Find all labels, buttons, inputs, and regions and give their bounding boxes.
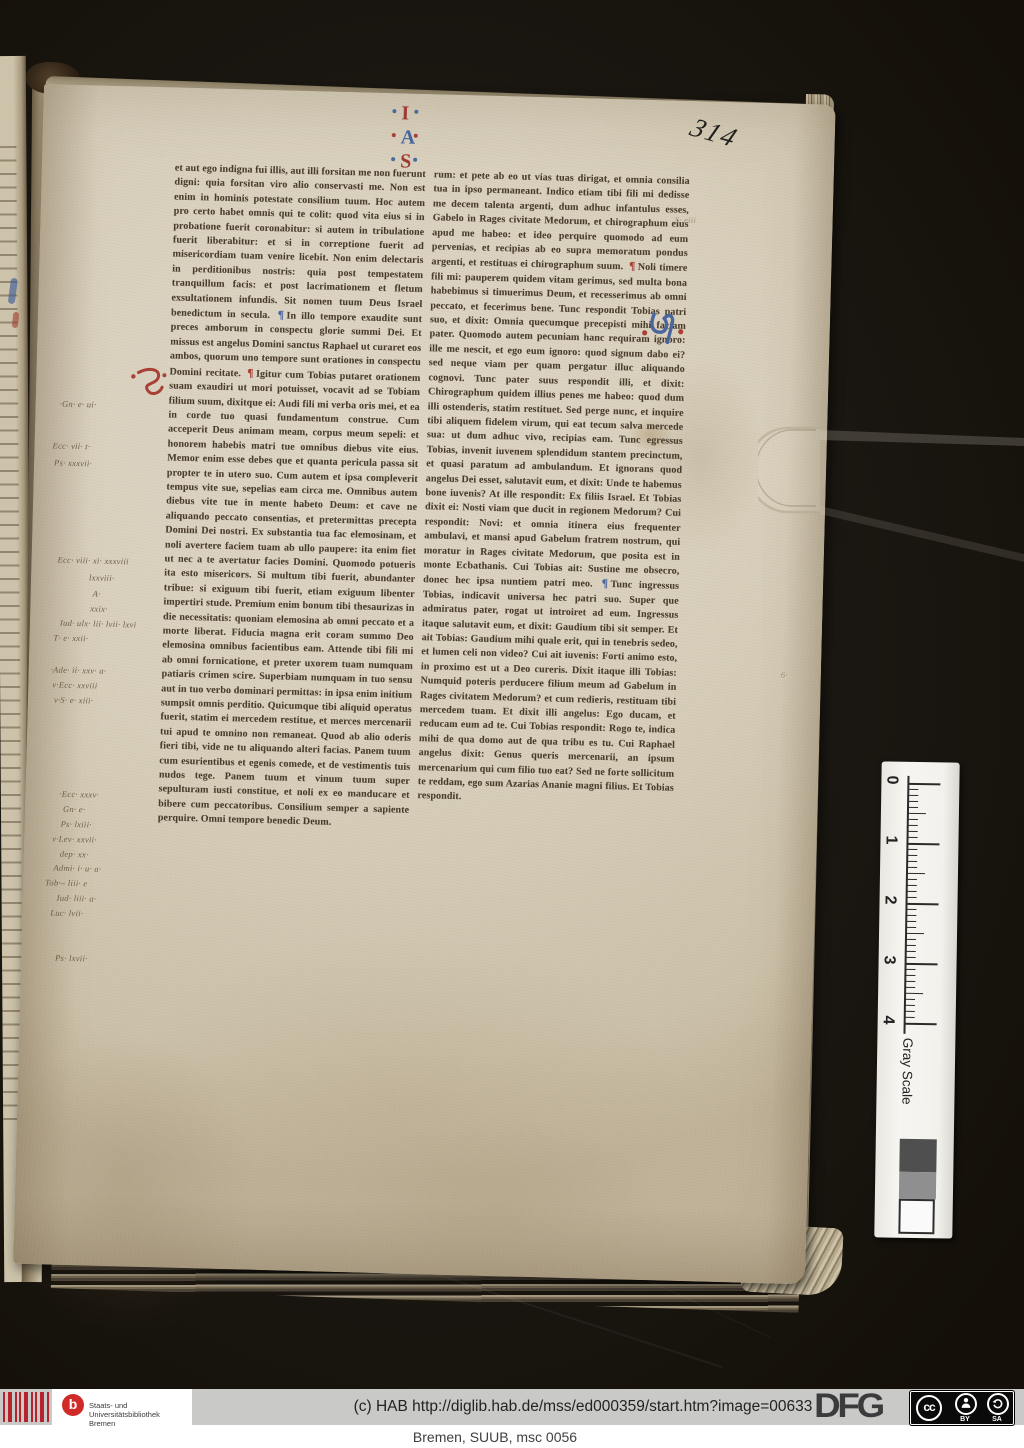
edge-red-paraph-mark xyxy=(12,312,20,329)
margin-note: Ecc· viii· xi· xxxviii xyxy=(57,555,129,567)
margin-note: v·Ecc· xxviii xyxy=(52,679,97,690)
folio-number-pencil: 314 xyxy=(685,113,743,154)
ruler-tick xyxy=(905,981,915,982)
margin-note: Admi· i· u· a· xyxy=(53,863,101,874)
red-margin-flourish xyxy=(128,364,169,399)
margin-note: Ps· lxiii· xyxy=(61,819,92,830)
ruler-tick xyxy=(908,789,918,790)
ruler-numbers: 01234 xyxy=(882,761,960,762)
paraph-mark-red: ¶ xyxy=(626,261,638,273)
gray-scale-square-mid xyxy=(899,1172,936,1200)
ruler-ticks xyxy=(882,761,960,762)
ruler-number: 3 xyxy=(879,955,897,971)
running-title-dot xyxy=(392,133,396,137)
margin-note: Luc· lvii· xyxy=(50,907,83,918)
margin-note: ·Ecc· xxxv· xyxy=(59,789,99,800)
margin-note: lxxviii· xyxy=(89,572,115,583)
margin-note: Tob·– liii· e xyxy=(45,877,88,888)
margin-note: Iud· liii· a· xyxy=(57,893,97,904)
ruler-tick xyxy=(907,849,917,850)
ruler-tick xyxy=(908,819,918,820)
blue-margin-flourish xyxy=(639,308,686,349)
book-page-clip xyxy=(758,416,1024,586)
ruler-tick xyxy=(908,807,918,808)
paraph-mark-red: ¶ xyxy=(245,367,257,379)
margin-note: Ps· xxxvii· xyxy=(54,457,92,468)
ruler-tick xyxy=(905,987,915,988)
cc-by-person-icon xyxy=(955,1393,977,1415)
cc-sa-label: SA xyxy=(986,1416,1008,1423)
ruler-tick xyxy=(908,813,926,815)
margin-note: Gn· e· xyxy=(63,804,86,815)
running-title-dot xyxy=(414,110,418,114)
cc-sa-arrow-icon xyxy=(987,1393,1009,1415)
margin-note: S· eiii xyxy=(675,215,697,226)
margin-note: Ps· lxvii· xyxy=(55,953,88,964)
running-title-dot xyxy=(392,109,396,113)
ruler-tick xyxy=(906,927,916,928)
parchment-stain xyxy=(0,1033,259,1340)
manuscript-text: Igitur cum Tobias putaret orationem suam… xyxy=(158,368,421,828)
gray-scale-label: Gray Scale xyxy=(899,1038,915,1105)
ruler-tick xyxy=(906,921,916,922)
ruler-tick xyxy=(908,783,940,786)
footer-bar: b Staats- und Universitätsbibliothek Bre… xyxy=(0,1389,1024,1448)
text-column-left: et aut ego indigna fui illis, aut illi f… xyxy=(154,161,426,979)
ruler-tick xyxy=(907,891,917,892)
photo-background: IAS 314 et aut ego indigna fui illis, au… xyxy=(0,0,1024,1448)
margin-note: ·Ade· ii· xxv· a· xyxy=(51,664,107,675)
cc-icon: cc xyxy=(916,1395,942,1421)
ruler-tick xyxy=(908,825,918,826)
suub-b-logo: b xyxy=(62,1394,84,1416)
ruler-tick xyxy=(905,1023,937,1026)
parchment-stain xyxy=(342,1112,667,1300)
margin-note: ·Gn· e· ui· xyxy=(60,399,97,410)
ruler-tick xyxy=(906,939,916,940)
ruler-tick xyxy=(906,963,938,966)
text-column-right: rum: et pete ab eo ut vias tuas dirigat,… xyxy=(412,168,690,1008)
running-title-dot xyxy=(391,157,395,161)
margin-note: A· xyxy=(93,588,101,598)
running-title-letter: I xyxy=(401,103,409,123)
ruler-tick xyxy=(906,915,916,916)
gray-scale-square-dark xyxy=(899,1139,937,1173)
ruler-tick xyxy=(907,861,917,862)
ruler-tick xyxy=(907,897,917,898)
gray-scale-ruler: 01234 Gray Scale xyxy=(874,761,959,1238)
ruler-tick xyxy=(906,909,916,910)
ruler-number: 4 xyxy=(879,1015,897,1031)
ruler-number: 0 xyxy=(882,775,900,791)
ruler-tick xyxy=(908,831,918,832)
manuscript-text: et aut ego indigna fui illis, aut illi f… xyxy=(171,162,426,321)
ruler-tick xyxy=(905,999,915,1000)
ruler-tick xyxy=(907,879,917,880)
ruler-tick xyxy=(908,801,918,802)
ruler-tick xyxy=(907,873,925,875)
manuscript-text: rum: et pete ab eo ut vias tuas dirigat,… xyxy=(431,169,689,273)
ruler-tick xyxy=(906,933,924,935)
margin-note: Iud· ulx· lii· lvii· lxvi xyxy=(60,618,137,630)
library-name-line: Staats- und xyxy=(89,1401,160,1410)
ruler-tick xyxy=(907,843,939,846)
library-logo-box: b Staats- und Universitätsbibliothek Bre… xyxy=(52,1389,192,1448)
ruler-tick xyxy=(906,957,916,958)
margin-note: 6· xyxy=(781,669,788,679)
marginalia-layer: ·Gn· e· ui·Ecc· vii· t·Ps· xxxvii·Ecc· v… xyxy=(44,84,836,105)
margin-note: v·S· e· xiii· xyxy=(54,694,94,705)
edge-blue-paraph-mark xyxy=(8,278,18,305)
ruler-tick xyxy=(905,975,915,976)
ruler-tick xyxy=(905,1005,915,1006)
ruler-tick xyxy=(907,867,917,868)
ruler-number: 2 xyxy=(880,895,898,911)
ruler-tick xyxy=(907,855,917,856)
ruler-tick xyxy=(908,837,918,838)
margin-note: xxix· xyxy=(90,603,108,613)
margin-note: Ecc· vii· t· xyxy=(52,440,90,451)
running-title-dot xyxy=(413,158,417,162)
library-name-line: Universitätsbibliothek xyxy=(89,1410,160,1419)
ruler-tick xyxy=(905,969,915,970)
cc-by-label: BY xyxy=(954,1416,976,1423)
running-title-dot xyxy=(414,134,418,138)
cc-license-badge: cc BY SA xyxy=(909,1390,1015,1426)
library-name: Staats- und Universitätsbibliothek Breme… xyxy=(89,1401,160,1428)
shelfmark-line: Bremen, SUUB, msc 0056 xyxy=(195,1427,795,1447)
ruler-tick xyxy=(906,945,916,946)
library-name-line: Bremen xyxy=(89,1419,160,1428)
ruler-tick xyxy=(906,903,938,906)
ruler-tick xyxy=(905,1011,915,1012)
gray-scale-square-white xyxy=(898,1199,935,1235)
margin-note: T· e· xxii· xyxy=(53,632,88,643)
margin-note: v·Lev· xxvii· xyxy=(52,833,97,844)
margin-note: dep· xx· xyxy=(60,849,89,860)
running-title-letter: A xyxy=(400,127,415,147)
manuscript-page: IAS 314 et aut ego indigna fui illis, au… xyxy=(13,84,836,1284)
ruler-tick xyxy=(905,1017,915,1018)
suub-barcode-logo xyxy=(3,1392,49,1422)
ruler-tick xyxy=(906,951,916,952)
ruler-tick xyxy=(907,885,917,886)
dfg-logo: DFG xyxy=(790,1389,907,1425)
ruler-tick xyxy=(905,993,923,995)
ruler-tick xyxy=(908,795,918,796)
manuscript-text: Tunc ingressus Tobias, indicavit univers… xyxy=(417,579,679,802)
ruler-number: 1 xyxy=(881,835,899,851)
